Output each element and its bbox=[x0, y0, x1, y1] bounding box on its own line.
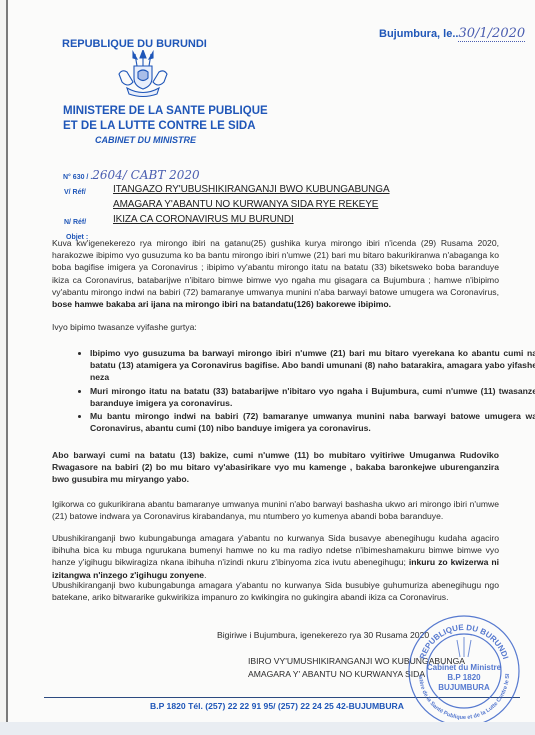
results-list: Ibipimo vyo gusuzuma ba barwayi mirongo … bbox=[52, 347, 535, 435]
reference-number-label: N° 630 / . bbox=[63, 174, 92, 181]
ministry-line-1: MINISTERE DE LA SANTE PUBLIQUE bbox=[63, 105, 268, 117]
footer-contact: B.P 1820 Tél. (257) 22 22 91 95/ (257) 2… bbox=[150, 701, 404, 711]
paragraph-5: Ubushikiranganji bwo kubungabunga amagar… bbox=[52, 579, 499, 603]
svg-text:B.P 1820: B.P 1820 bbox=[447, 673, 481, 682]
v-ref-label: V/ Réf/ bbox=[64, 189, 86, 196]
date-label: Bujumbura, le.. bbox=[379, 28, 458, 40]
cabinet-label: CABINET DU MINISTRE bbox=[95, 135, 196, 145]
reference-number-handwritten: 2604/ CABT 2020 bbox=[92, 168, 199, 182]
office-line-2: AMAGARA Y' ABANTU NO KURWANYA SIDA bbox=[248, 669, 425, 679]
official-stamp-icon: REPUBLIQUE DU BURUNDI Ministère de la Sa… bbox=[405, 612, 523, 730]
place-date-value: Bujumbura, igenekerezo rya 30 Rusama 202… bbox=[254, 630, 429, 640]
place-date: Bigiriwe i Bujumbura, igenekerezo rya 30… bbox=[217, 630, 429, 640]
ministry-line-2: ET DE LA LUTTE CONTRE LE SIDA bbox=[63, 120, 256, 132]
paragraph-2: Abo barwayi cumi na batatu (13) bakize, … bbox=[52, 449, 499, 486]
svg-text:Cabinet du Ministre: Cabinet du Ministre bbox=[427, 663, 502, 672]
reference-number: N° 630 / .2604/ CABT 2020 bbox=[63, 168, 200, 182]
paragraph-1-text: Kuva kw'igenekerezo rya mirongo ibiri na… bbox=[52, 238, 499, 297]
letter-date: Bujumbura, le..30/1/2020 bbox=[379, 26, 525, 41]
subject-line-1: ITANGAZO RY'UBUSHIKIRANGANJI BWO KUBUNGA… bbox=[113, 184, 390, 195]
country-name: REPUBLIQUE DU BURUNDI bbox=[62, 38, 207, 50]
list-item: Mu bantu mirongo indwi na babiri (72) ba… bbox=[90, 410, 535, 434]
place-date-prefix: Bigiriwe i bbox=[217, 630, 254, 640]
subject-line-3: IKIZA CA CORONAVIRUS MU BURUNDI bbox=[113, 214, 294, 225]
subject-line-2: AMAGARA Y'ABANTU NO KURWANYA SIDA RYE RE… bbox=[113, 199, 378, 210]
burundi-coat-of-arms-icon bbox=[117, 50, 169, 98]
paragraph-3: Igikorwa co gukurikirana abantu bamarany… bbox=[52, 498, 499, 522]
paragraph-1-total: bose hamwe bakaba ari ijana na mirongo i… bbox=[52, 299, 391, 309]
list-item: Ibipimo vyo gusuzuma ba barwayi mirongo … bbox=[90, 347, 535, 384]
paragraph-1: Kuva kw'igenekerezo rya mirongo ibiri na… bbox=[52, 237, 499, 310]
list-item: Muri mirongo itatu na batatu (33) bataba… bbox=[90, 385, 535, 409]
date-handwritten: 30/1/2020 bbox=[458, 26, 525, 42]
scan-border bbox=[0, 722, 535, 735]
n-ref-label: N/ Réf/ bbox=[64, 219, 86, 226]
list-intro: Ivyo bipimo twasanze vyifashe gurtya: bbox=[52, 321, 499, 333]
paragraph-4: Ubushikiranganji bwo kubungabunga amagar… bbox=[52, 532, 499, 581]
svg-text:BUJUMBURA: BUJUMBURA bbox=[438, 683, 490, 692]
